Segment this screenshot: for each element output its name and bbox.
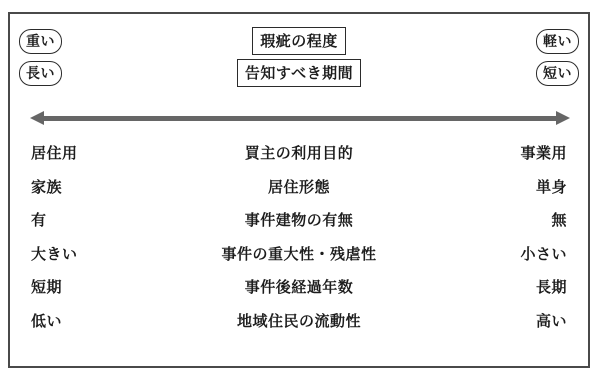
factor-right-label: 単身	[455, 176, 567, 197]
arrow-right-head-icon	[556, 111, 570, 125]
factor-list: 居住用 買主の利用目的 事業用 家族 居住形態 単身 有 事件建物の有無 無 大…	[31, 136, 567, 337]
diagram-frame: 重い 瑕疵の程度 軽い 長い 告知すべき期間 短い 居住用 買主の利用目的 事業…	[8, 12, 590, 368]
scale-title: 瑕疵の程度	[252, 27, 346, 55]
scale-title: 告知すべき期間	[237, 59, 361, 87]
factor-row: 低い 地域住民の流動性 高い	[31, 304, 567, 338]
factor-row: 有 事件建物の有無 無	[31, 203, 567, 237]
factor-right-label: 事業用	[455, 142, 567, 163]
scale-right-end-label: 軽い	[536, 29, 579, 54]
factor-center-label: 居住形態	[143, 176, 455, 197]
scale-right-end-label: 短い	[536, 61, 579, 86]
factor-center-label: 事件建物の有無	[143, 209, 455, 230]
factor-row: 短期 事件後経過年数 長期	[31, 270, 567, 304]
factor-left-label: 居住用	[31, 142, 143, 163]
factor-row: 大きい 事件の重大性・残虐性 小さい	[31, 237, 567, 271]
double-arrow	[30, 111, 570, 125]
factor-left-label: 有	[31, 209, 143, 230]
factor-right-label: 小さい	[455, 243, 567, 264]
scale-row-defect-degree: 重い 瑕疵の程度 軽い	[19, 29, 579, 53]
arrow-left-head-icon	[30, 111, 44, 125]
arrow-shaft	[44, 116, 556, 121]
scale-left-end-label: 重い	[19, 29, 62, 54]
factor-center-label: 事件後経過年数	[143, 276, 455, 297]
factor-left-label: 家族	[31, 176, 143, 197]
scale-left-end-label: 長い	[19, 61, 62, 86]
factor-right-label: 高い	[455, 310, 567, 331]
scale-row-disclosure-period: 長い 告知すべき期間 短い	[19, 61, 579, 85]
factor-left-label: 大きい	[31, 243, 143, 264]
factor-left-label: 短期	[31, 276, 143, 297]
diagram-canvas: 重い 瑕疵の程度 軽い 長い 告知すべき期間 短い 居住用 買主の利用目的 事業…	[0, 0, 600, 381]
factor-center-label: 買主の利用目的	[143, 142, 455, 163]
factor-center-label: 地域住民の流動性	[143, 310, 455, 331]
factor-row: 家族 居住形態 単身	[31, 170, 567, 204]
factor-row: 居住用 買主の利用目的 事業用	[31, 136, 567, 170]
factor-right-label: 長期	[455, 276, 567, 297]
factor-center-label: 事件の重大性・残虐性	[143, 243, 455, 264]
factor-right-label: 無	[455, 209, 567, 230]
factor-left-label: 低い	[31, 310, 143, 331]
